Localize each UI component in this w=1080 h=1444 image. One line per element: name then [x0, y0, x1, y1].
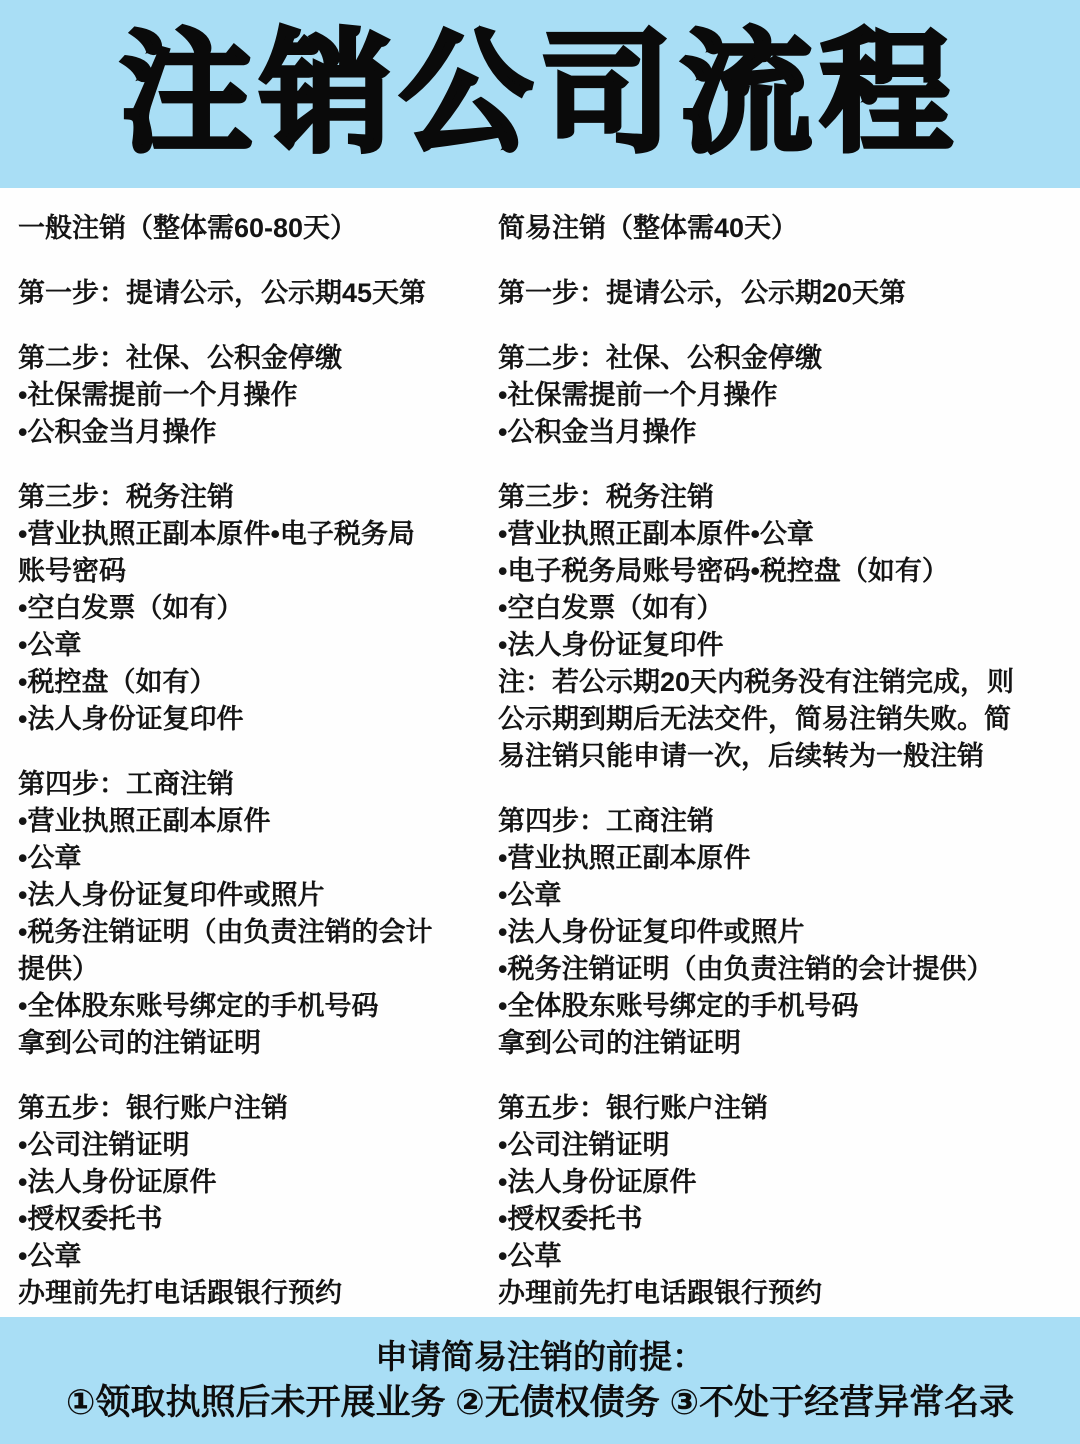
- step-section: 第四步：工商注销•营业执照正副本原件•公章•法人身份证复印件或照片•税务注销证明…: [498, 803, 1070, 1062]
- step-title: 第五步：银行账户注销: [498, 1090, 1070, 1127]
- poster-footer: 申请简易注销的前提： ①领取执照后未开展业务 ②无债权债务 ③不处于经营异常名录: [0, 1317, 1080, 1444]
- step-item: •授权委托书: [18, 1201, 486, 1238]
- column-general-cancellation: 一般注销（整体需60-80天）第一步：提请公示，公示期45天第第二步：社保、公积…: [18, 210, 486, 1312]
- step-section: 第一步：提请公示，公示期20天第: [498, 275, 1070, 312]
- step-item: •公草: [498, 1238, 1070, 1275]
- step-item: •税务注销证明（由负责注销的会计 提供）: [18, 914, 486, 988]
- step-item: •法人身份证复印件或照片: [18, 877, 486, 914]
- step-title: 第二步：社保、公积金停缴: [18, 340, 486, 377]
- step-section: 第一步：提请公示，公示期45天第: [18, 275, 486, 312]
- step-item: •全体股东账号绑定的手机号码: [498, 988, 1070, 1025]
- step-item: •全体股东账号绑定的手机号码: [18, 988, 486, 1025]
- step-item: 办理前先打电话跟银行预约: [18, 1275, 486, 1312]
- poster-title: 注销公司流程: [120, 28, 960, 160]
- step-item: •税控盘（如有）: [18, 664, 486, 701]
- step-item: 办理前先打电话跟银行预约: [498, 1275, 1070, 1312]
- step-item: •公司注销证明: [498, 1127, 1070, 1164]
- step-section: 第四步：工商注销•营业执照正副本原件•公章•法人身份证复印件或照片•税务注销证明…: [18, 766, 486, 1062]
- step-item: •公积金当月操作: [498, 414, 1070, 451]
- step-item: •公章: [18, 627, 486, 664]
- step-item: •公司注销证明: [18, 1127, 486, 1164]
- step-item: •营业执照正副本原件•公章: [498, 516, 1070, 553]
- step-item: •法人身份证复印件: [18, 701, 486, 738]
- step-item: •税务注销证明（由负责注销的会计提供）: [498, 951, 1070, 988]
- step-item: 拿到公司的注销证明: [498, 1025, 1070, 1062]
- step-title: 第三步：税务注销: [18, 479, 486, 516]
- step-item: •空白发票（如有）: [498, 590, 1070, 627]
- step-item: •公章: [18, 1238, 486, 1275]
- step-title: 第三步：税务注销: [498, 479, 1070, 516]
- step-item: •空白发票（如有）: [18, 590, 486, 627]
- column-heading: 一般注销（整体需60-80天）: [18, 210, 486, 247]
- step-item: •营业执照正副本原件: [498, 840, 1070, 877]
- column-simple-cancellation: 简易注销（整体需40天）第一步：提请公示，公示期20天第第二步：社保、公积金停缴…: [498, 210, 1070, 1312]
- step-item: •营业执照正副本原件•电子税务局 账号密码: [18, 516, 486, 590]
- step-item: 注：若公示期20天内税务没有注销完成，则 公示期到期后无法交件，简易注销失败。简…: [498, 664, 1070, 775]
- step-item: •法人身份证原件: [18, 1164, 486, 1201]
- poster: 注销公司流程 一般注销（整体需60-80天）第一步：提请公示，公示期45天第第二…: [0, 0, 1080, 1444]
- step-item: •社保需提前一个月操作: [498, 377, 1070, 414]
- step-title: 第四步：工商注销: [18, 766, 486, 803]
- footer-premise-title: 申请简易注销的前提：: [375, 1335, 705, 1379]
- step-title: 第一步：提请公示，公示期45天第: [18, 275, 486, 312]
- step-title: 第一步：提请公示，公示期20天第: [498, 275, 1070, 312]
- step-item: •营业执照正副本原件: [18, 803, 486, 840]
- step-section: 第二步：社保、公积金停缴•社保需提前一个月操作•公积金当月操作: [18, 340, 486, 451]
- step-item: •电子税务局账号密码•税控盘（如有）: [498, 553, 1070, 590]
- step-item: •公积金当月操作: [18, 414, 486, 451]
- content-panel: 一般注销（整体需60-80天）第一步：提请公示，公示期45天第第二步：社保、公积…: [0, 188, 1080, 1317]
- step-title: 第五步：银行账户注销: [18, 1090, 486, 1127]
- column-heading: 简易注销（整体需40天）: [498, 210, 1070, 247]
- step-item: •法人身份证复印件: [498, 627, 1070, 664]
- footer-premise-conditions: ①领取执照后未开展业务 ②无债权债务 ③不处于经营异常名录: [66, 1379, 1014, 1427]
- step-title: 第二步：社保、公积金停缴: [498, 340, 1070, 377]
- step-title: 第四步：工商注销: [498, 803, 1070, 840]
- step-section: 第五步：银行账户注销•公司注销证明•法人身份证原件•授权委托书•公草办理前先打电…: [498, 1090, 1070, 1312]
- step-section: 第三步：税务注销•营业执照正副本原件•公章•电子税务局账号密码•税控盘（如有）•…: [498, 479, 1070, 775]
- step-item: •授权委托书: [498, 1201, 1070, 1238]
- step-section: 第二步：社保、公积金停缴•社保需提前一个月操作•公积金当月操作: [498, 340, 1070, 451]
- poster-header: 注销公司流程: [0, 0, 1080, 188]
- step-item: •公章: [18, 840, 486, 877]
- step-item: •法人身份证复印件或照片: [498, 914, 1070, 951]
- step-item: 拿到公司的注销证明: [18, 1025, 486, 1062]
- step-item: •社保需提前一个月操作: [18, 377, 486, 414]
- step-section: 第五步：银行账户注销•公司注销证明•法人身份证原件•授权委托书•公章办理前先打电…: [18, 1090, 486, 1312]
- step-section: 第三步：税务注销•营业执照正副本原件•电子税务局 账号密码•空白发票（如有）•公…: [18, 479, 486, 738]
- step-item: •法人身份证原件: [498, 1164, 1070, 1201]
- step-item: •公章: [498, 877, 1070, 914]
